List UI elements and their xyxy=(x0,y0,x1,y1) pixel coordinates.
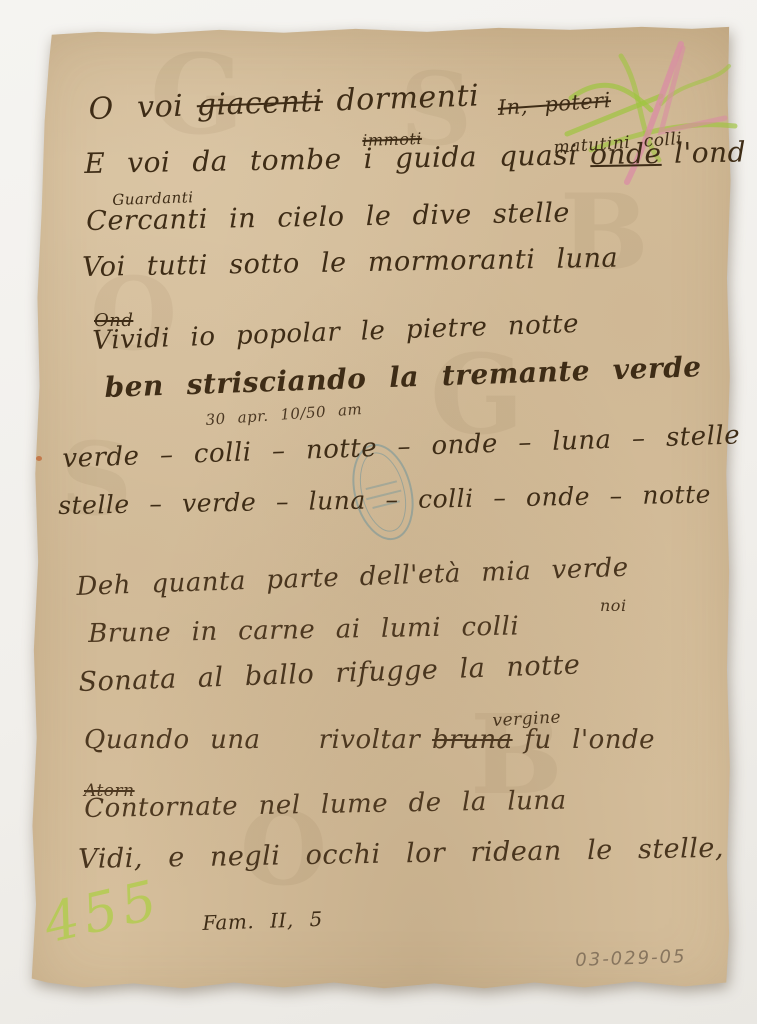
classification-note: Fam. II, 5 xyxy=(202,907,323,935)
verse-text: rivoltar xyxy=(319,725,421,755)
struck-word: giacenti xyxy=(196,84,323,123)
verse-text: O voi xyxy=(88,89,184,127)
underlined-word: onde xyxy=(590,137,662,171)
verse-text: l'ond xyxy=(674,135,747,169)
verse-text: dormenti xyxy=(336,78,480,118)
interline-word: noi xyxy=(600,596,627,615)
ink-speck xyxy=(36,456,42,461)
manuscript-scan: G S B O G S B O O voigiacentidormenti In… xyxy=(0,0,757,1024)
verse-text: Quando una xyxy=(84,725,261,755)
catalog-number: 03-029-05 xyxy=(575,946,687,971)
verse-line: Quando unarivoltarbrunafu l'onde xyxy=(84,725,655,755)
struck-word: bruna xyxy=(432,725,513,755)
verse-text: fu l'onde xyxy=(524,725,655,755)
